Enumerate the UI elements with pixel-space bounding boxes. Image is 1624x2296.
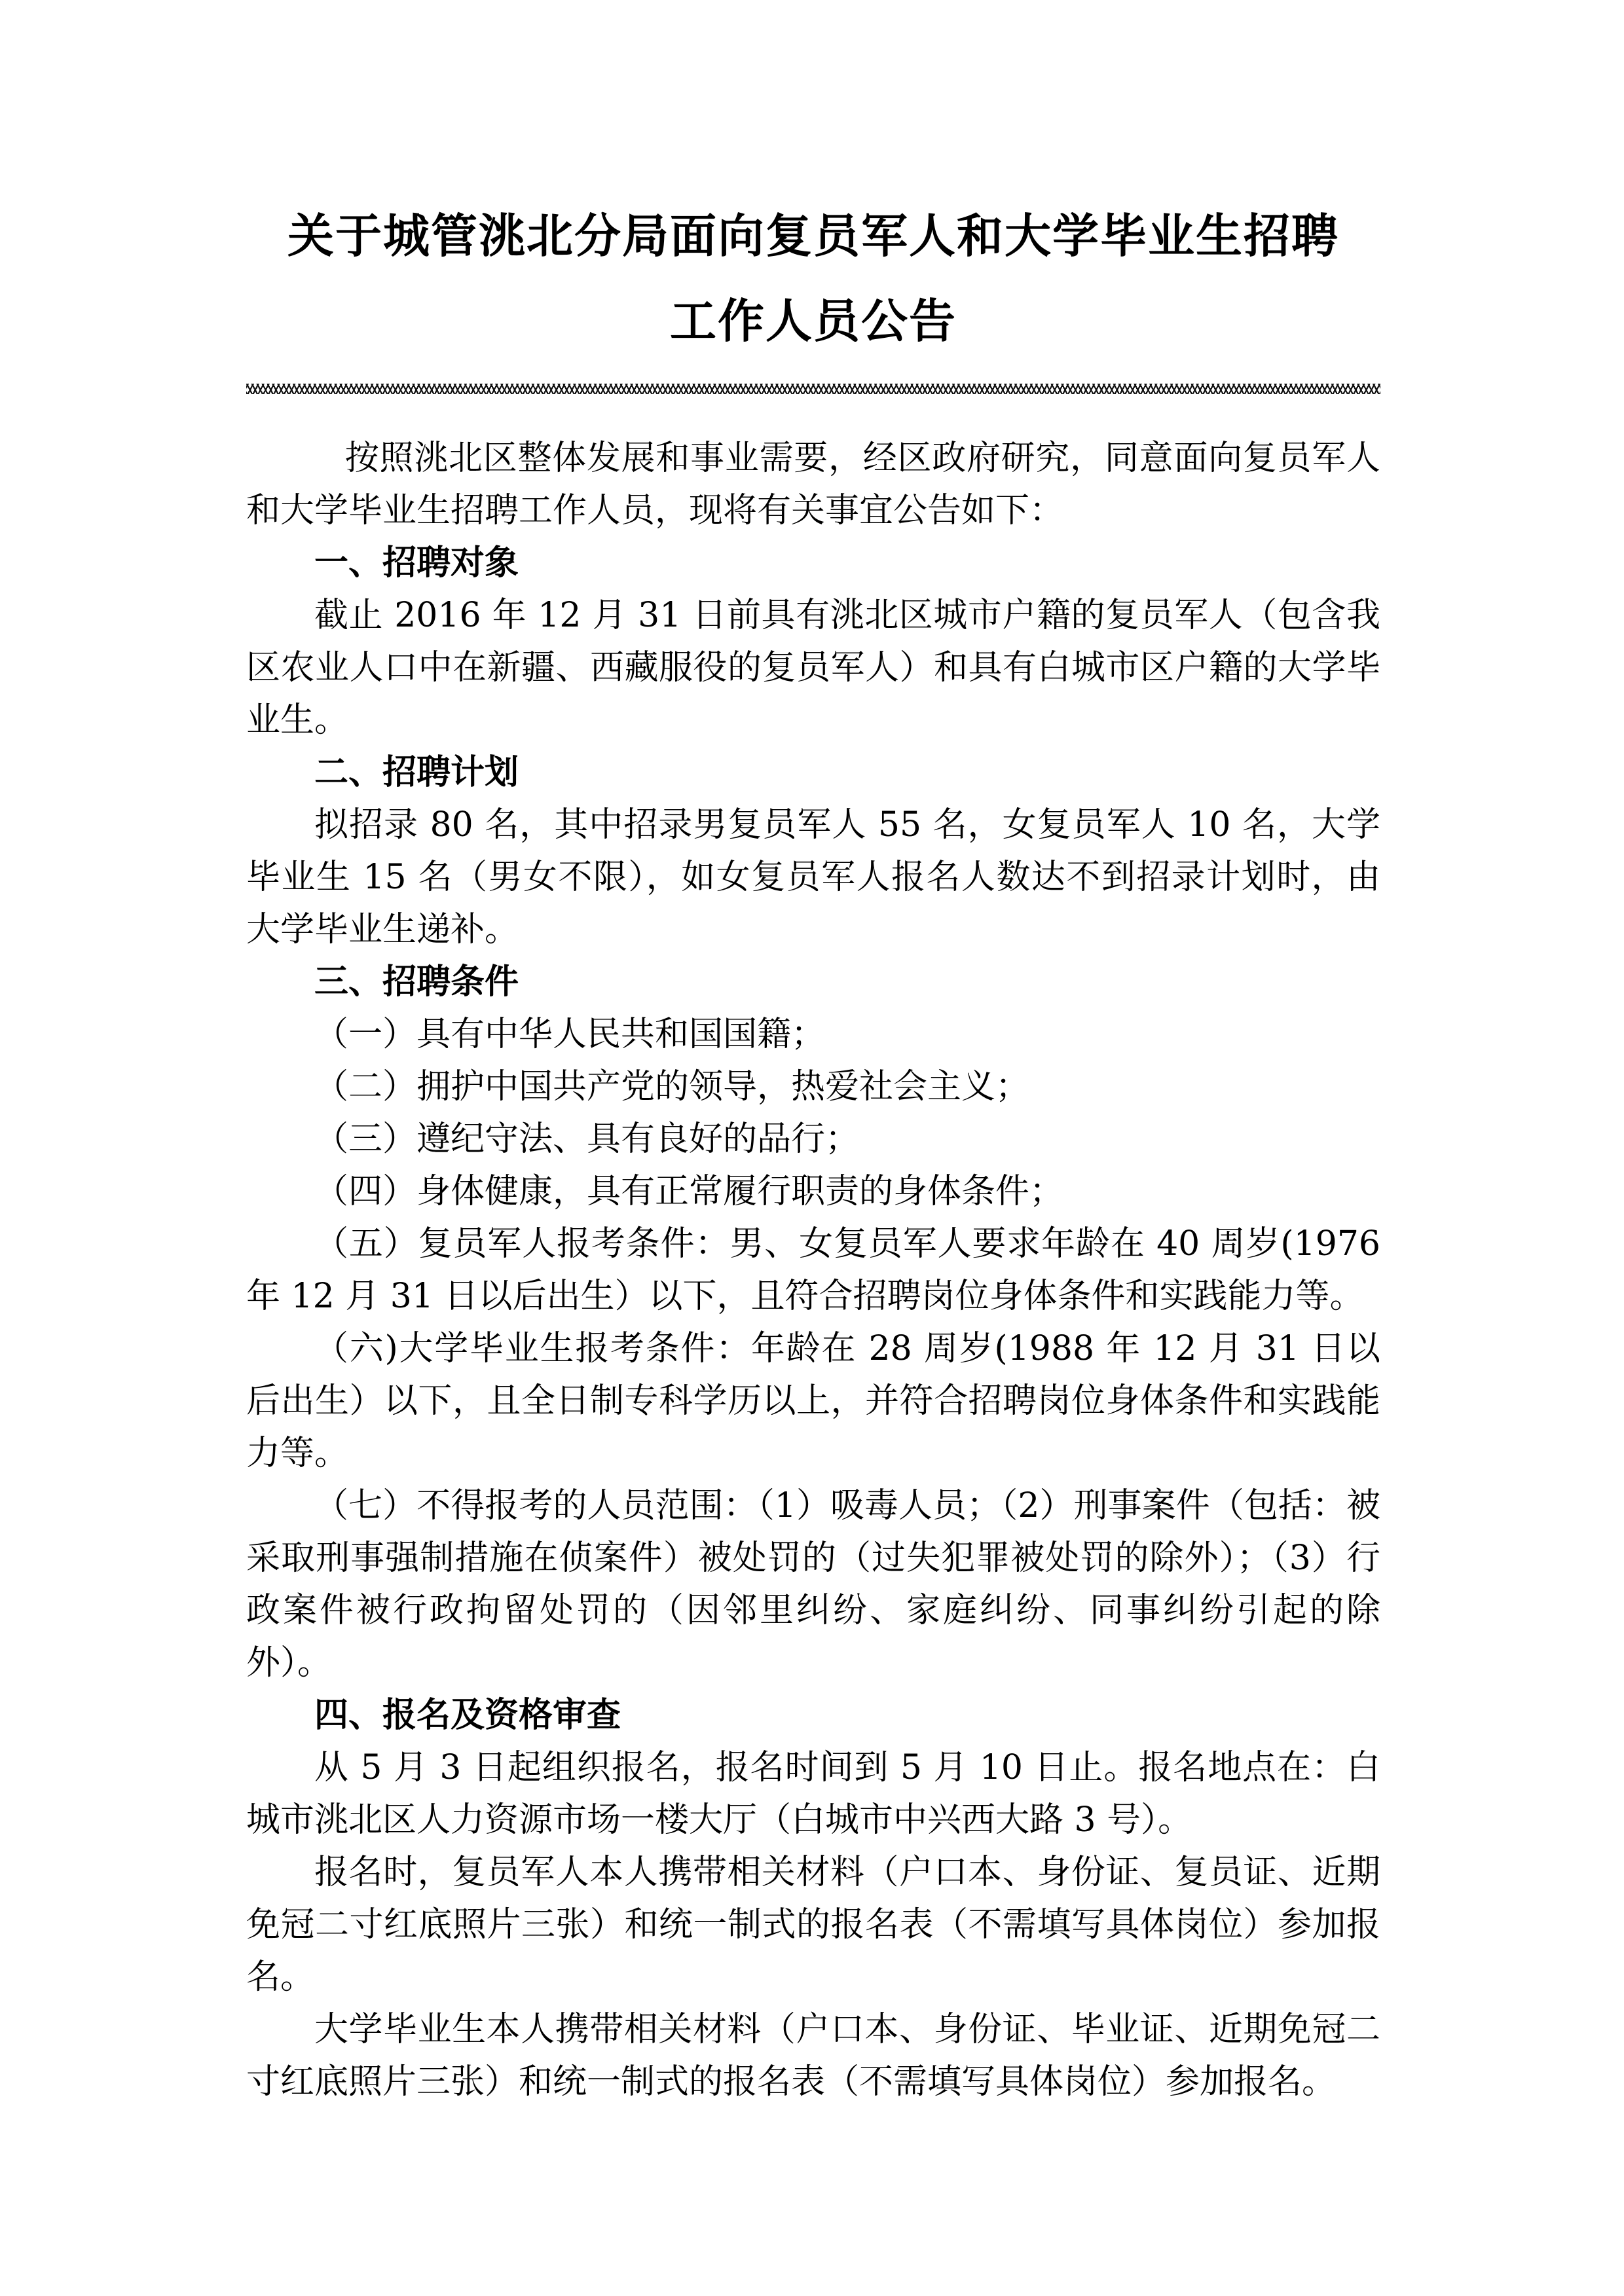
paragraph: 截止 2016 年 12 月 31 日前具有洮北区城市户籍的复员军人（包含我区农…: [246, 589, 1380, 746]
title-separator-rule: [246, 384, 1380, 394]
paragraph: （一）具有中华人民共和国国籍；: [246, 1008, 1380, 1061]
document-body: 按照洮北区整体发展和事业需要，经区政府研究，同意面向复员军人和大学毕业生招聘工作…: [246, 432, 1380, 2108]
paragraph: 拟招录 80 名，其中招录男复员军人 55 名，女复员军人 10 名，大学毕业生…: [246, 799, 1380, 956]
paragraph: （五）复员军人报考条件：男、女复员军人要求年龄在 40 周岁(1976 年 12…: [246, 1218, 1380, 1322]
paragraph: （三）遵纪守法、具有良好的品行；: [246, 1113, 1380, 1165]
section-heading: 一、招聘对象: [246, 537, 1380, 589]
paragraph: （六)大学毕业生报考条件：年龄在 28 周岁(1988 年 12 月 31 日以…: [246, 1322, 1380, 1480]
paragraph: （七）不得报考的人员范围：（1）吸毒人员；（2）刑事案件（包括：被采取刑事强制措…: [246, 1480, 1380, 1689]
document-title-line-1: 关于城管洮北分局面向复员军人和大学毕业生招聘: [246, 194, 1380, 279]
paragraph: 大学毕业生本人携带相关材料（户口本、身份证、毕业证、近期免冠二寸红底照片三张）和…: [246, 2003, 1380, 2108]
document-content: 关于城管洮北分局面向复员军人和大学毕业生招聘 工作人员公告 按照洮北区整体发展和…: [0, 0, 1624, 2108]
document-title-line-2: 工作人员公告: [246, 279, 1380, 364]
paragraph: 报名时，复员军人本人携带相关材料（户口本、身份证、复员证、近期免冠二寸红底照片三…: [246, 1846, 1380, 2003]
document-page: 关于城管洮北分局面向复员军人和大学毕业生招聘 工作人员公告 按照洮北区整体发展和…: [0, 0, 1624, 2296]
paragraph: （二）拥护中国共产党的领导，热爱社会主义；: [246, 1061, 1380, 1113]
section-heading: 三、招聘条件: [246, 956, 1380, 1008]
paragraph: （四）身体健康，具有正常履行职责的身体条件；: [246, 1165, 1380, 1218]
section-heading: 四、报名及资格审查: [246, 1689, 1380, 1741]
section-heading: 二、招聘计划: [246, 746, 1380, 799]
paragraph: 从 5 月 3 日起组织报名，报名时间到 5 月 10 日止。报名地点在：白城市…: [246, 1741, 1380, 1846]
document-title: 关于城管洮北分局面向复员军人和大学毕业生招聘 工作人员公告: [246, 194, 1380, 364]
paragraph: 按照洮北区整体发展和事业需要，经区政府研究，同意面向复员军人和大学毕业生招聘工作…: [246, 432, 1380, 537]
